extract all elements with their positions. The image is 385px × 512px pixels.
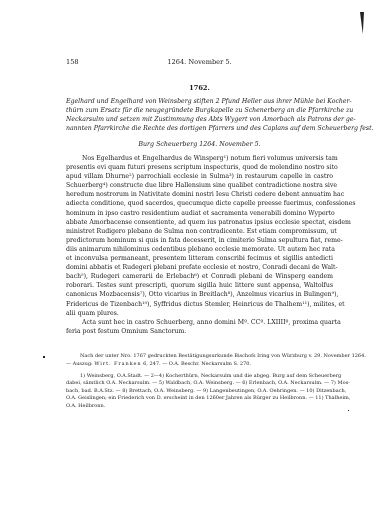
body-line: canonicus Mozbacensis⁷), Otto vicarius i… <box>66 290 333 299</box>
body-line: hominum in ipso castro residentium audia… <box>66 209 333 218</box>
body-line: apud villam Dhurne²) parrochiali ecclesi… <box>66 172 333 181</box>
closing-line: feria post festum Omnium Sanctorum. <box>66 327 333 336</box>
summary-line: thürn zum Ersatz für die neugegründete B… <box>66 106 333 115</box>
body-line: roborari. Testes sunt prescripti, quorum… <box>66 281 333 290</box>
body-line: domini abbatis et Rudegeri plebani prefa… <box>66 263 333 272</box>
source-note-line: Nach der unter Nro. 1767 gedruckten Best… <box>66 352 333 360</box>
summary-line: Egelhard und Engelhard von Weinsberg sti… <box>66 97 333 106</box>
entry-summary: Egelhard und Engelhard von Weinsberg sti… <box>66 97 333 133</box>
body-line: heredum nostrorum in Nativitate domini n… <box>66 190 333 199</box>
footnote-line: O.A. Geislingen; ein Friederich von D. e… <box>66 395 333 402</box>
body-line: predictorum hominum si quis in fata dece… <box>66 236 333 245</box>
body-line: Fridericus de Tizenbach¹⁰), Syffridus di… <box>66 300 333 309</box>
place-date-line: Burg Scheuerberg 1264. November 5. <box>66 141 333 148</box>
body-line: adiecta conditione, quod sacerdos, quecu… <box>66 199 333 208</box>
footnotes: 1) Weinsberg, O.A.Stadt. — 2—4) Kocherth… <box>66 373 333 410</box>
page-header: 158 1264. November 5. <box>66 58 333 68</box>
charter-text: Nos Egelhardus et Engelhardus de Winsper… <box>66 154 333 336</box>
source-note-prefix: — Auszug: <box>66 361 94 367</box>
body-line: presentis evi quam futuri presens script… <box>66 163 333 172</box>
summary-line: Neckarsulm und setzen mit Zustimmung des… <box>66 115 333 124</box>
body-line: et inconvulsa permaneant, presentem litt… <box>66 254 333 263</box>
footnote-line: O.A. Heilbronn. <box>66 403 333 410</box>
closing-line: Acta sunt hec in castro Schuerberg, anno… <box>66 318 333 327</box>
footnote-line: dabei, sämtlich O.A. Neckarsulm. — 5) Wa… <box>66 380 333 387</box>
body-line: bach⁵), Rudegeri camerarii de Erlebach⁶)… <box>66 272 333 281</box>
source-note: Nach der unter Nro. 1767 gedruckten Best… <box>66 352 333 368</box>
body-line: Nos Egelhardus et Engelhardus de Winsper… <box>66 154 333 163</box>
body-line: diis animarum nihilominus cedentibus ple… <box>66 245 333 254</box>
summary-line: nannten Pfarrkirche die Rechte des dorti… <box>66 124 333 133</box>
body-line: ministret Rudigero plebano de Sulma non … <box>66 227 333 236</box>
scan-speck <box>360 12 364 34</box>
scan-speck <box>348 410 349 411</box>
source-note-line: — Auszug: Wirt. Franken 6, 247. — O.A. B… <box>66 360 333 368</box>
entry-number: 1762. <box>66 84 333 92</box>
scan-speck <box>43 356 45 358</box>
source-note-suffix: 6, 247. — O.A. Beschr. Neckarsulm S. 270… <box>142 361 252 367</box>
source-note-reference: Wirt. Franken <box>94 361 141 367</box>
running-title: 1264. November 5. <box>66 58 333 66</box>
body-line: abbate Amorbacense consentiente, ad quem… <box>66 218 333 227</box>
body-line: alii quam plures. <box>66 309 333 318</box>
body-line: Schuerberg⁴) constructe due libre Hallen… <box>66 181 333 190</box>
